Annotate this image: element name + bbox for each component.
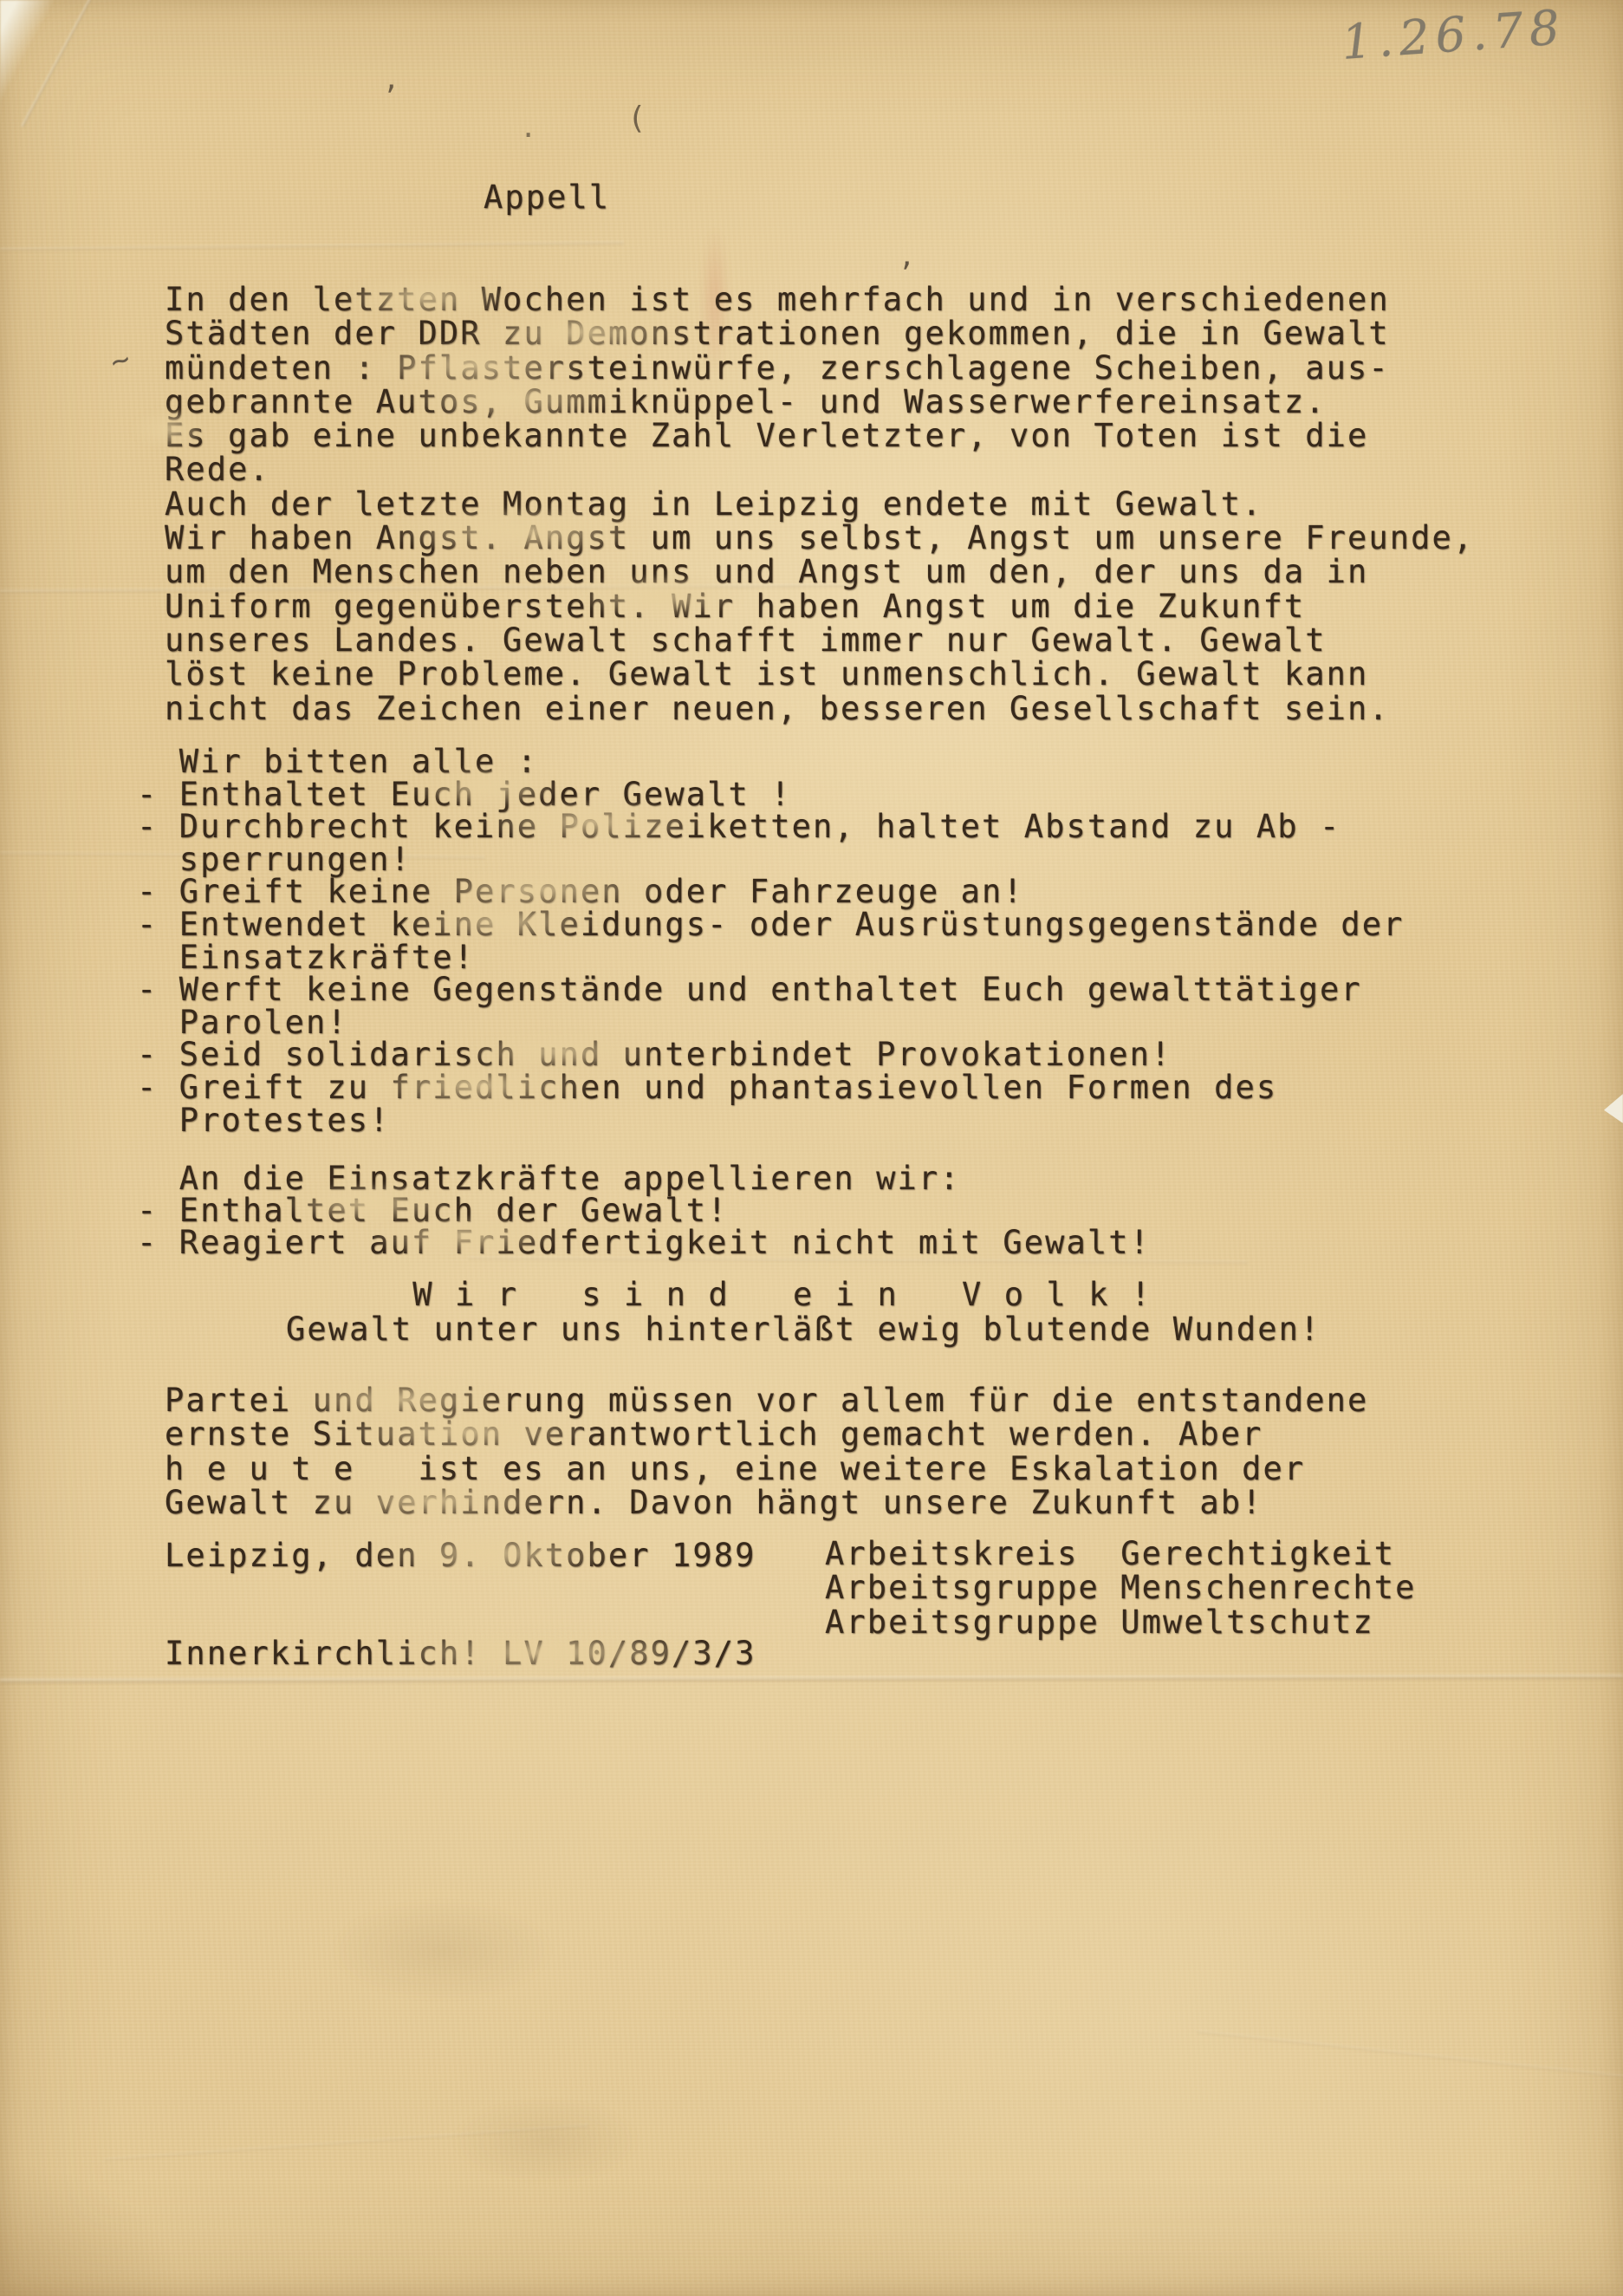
date-place-line: Leipzig, den 9. Oktober 1989 bbox=[165, 1537, 756, 1574]
ink-speck: ’ bbox=[382, 80, 399, 113]
text-line: - Werft keine Gegenstände und enthaltet … bbox=[137, 973, 1405, 1006]
text-line: ernste Situation verantwortlich gemacht … bbox=[165, 1417, 1368, 1451]
text-line: - Greift zu friedlichen und phantasievol… bbox=[137, 1071, 1405, 1104]
text-line: Arbeitsgruppe Umweltschutz bbox=[825, 1605, 1417, 1639]
closing-paragraph: Partei und Regierung müssen vor allem fü… bbox=[165, 1383, 1368, 1519]
text-line: In den letzten Wochen ist es mehrfach un… bbox=[165, 283, 1474, 316]
document-title: Appell bbox=[484, 179, 610, 216]
text-line: Rede. bbox=[165, 452, 1474, 486]
text-line: Parolen! bbox=[137, 1006, 1405, 1039]
text-line: Wir haben Angst. Angst um uns selbst, An… bbox=[165, 521, 1474, 555]
ink-speck: ( bbox=[627, 101, 646, 136]
crease-line bbox=[0, 241, 624, 251]
smudge bbox=[329, 1898, 555, 2002]
text-line: - Greift keine Personen oder Fahrzeuge a… bbox=[137, 875, 1405, 908]
text-line: - Reagiert auf Friedfertigkeit nicht mit… bbox=[137, 1226, 1151, 1259]
text-line: W i r s i n d e i n V o l k ! bbox=[286, 1278, 1321, 1312]
text-line: Arbeitskreis Gerechtigkeit bbox=[825, 1537, 1417, 1571]
text-line: An die Einsatzkräfte appellieren wir: bbox=[137, 1162, 1151, 1194]
text-line: Arbeitsgruppe Menschenrechte bbox=[825, 1571, 1417, 1604]
footer-reference: Innerkirchlich! LV 10/89/3/3 bbox=[165, 1635, 756, 1672]
text-line: gebrannte Autos, Gummiknüppel- und Wasse… bbox=[165, 385, 1474, 419]
text-line: mündeten : Pflastersteinwürfe, zerschlag… bbox=[165, 351, 1474, 385]
text-line: Gewalt zu verhindern. Davon hängt unsere… bbox=[165, 1486, 1368, 1519]
text-line: nicht das Zeichen einer neuen, besseren … bbox=[165, 692, 1474, 725]
text-line: Wir bitten alle : bbox=[137, 745, 1405, 778]
archival-number-handwriting: 1.26.78 bbox=[1340, 0, 1568, 70]
fold-line bbox=[0, 1675, 1623, 1684]
margin-tick-mark: ~ bbox=[106, 341, 134, 381]
text-line: Uniform gegenübersteht. Wir haben Angst … bbox=[165, 589, 1474, 623]
intro-paragraph: In den letzten Wochen ist es mehrfach un… bbox=[165, 283, 1474, 725]
text-line: h e u t e ist es an uns, eine weitere Es… bbox=[165, 1452, 1368, 1486]
text-line: Städten der DDR zu Demonstrationen gekom… bbox=[165, 316, 1474, 350]
requests-list: Wir bitten alle :- Enthaltet Euch jeder … bbox=[137, 745, 1405, 1136]
text-line: unseres Landes. Gewalt schafft immer nur… bbox=[165, 623, 1474, 657]
text-line: Gewalt unter uns hinterläßt ewig blutend… bbox=[286, 1312, 1321, 1347]
text-line: löst keine Probleme. Gewalt ist unmensch… bbox=[165, 657, 1474, 691]
text-line: Einsatzkräfte! bbox=[137, 941, 1405, 974]
text-line: Protestes! bbox=[137, 1104, 1405, 1137]
signature-block: Arbeitskreis GerechtigkeitArbeitsgruppe … bbox=[825, 1537, 1417, 1639]
ink-speck: . bbox=[520, 111, 536, 144]
text-line: - Seid solidarisch und unterbindet Provo… bbox=[137, 1038, 1405, 1071]
smudge bbox=[451, 2098, 641, 2184]
text-line: - Entwendet keine Kleidungs- oder Ausrüs… bbox=[137, 908, 1405, 941]
forces-appeal: An die Einsatzkräfte appellieren wir:- E… bbox=[137, 1162, 1151, 1259]
slogan: W i r s i n d e i n V o l k !Gewalt unte… bbox=[286, 1278, 1321, 1347]
crease-line bbox=[1197, 2030, 1623, 2078]
text-line: - Enthaltet Euch der Gewalt! bbox=[137, 1194, 1151, 1226]
text-line: um den Menschen neben uns und Angst um d… bbox=[165, 555, 1474, 589]
text-line: Partei und Regierung müssen vor allem fü… bbox=[165, 1383, 1368, 1417]
text-line: - Enthaltet Euch jeder Gewalt ! bbox=[137, 778, 1405, 811]
scanned-document-page: 1.26.78 ~ ’ ( ’ . Appell In den letzten … bbox=[0, 0, 1623, 2296]
text-line: sperrungen! bbox=[137, 843, 1405, 876]
text-line: - Durchbrecht keine Polizeiketten, halte… bbox=[137, 810, 1405, 843]
text-line: Es gab eine unbekannte Zahl Verletzter, … bbox=[165, 419, 1474, 452]
edge-notch bbox=[1604, 1094, 1623, 1123]
text-line: Auch der letzte Montag in Leipzig endete… bbox=[165, 487, 1474, 521]
